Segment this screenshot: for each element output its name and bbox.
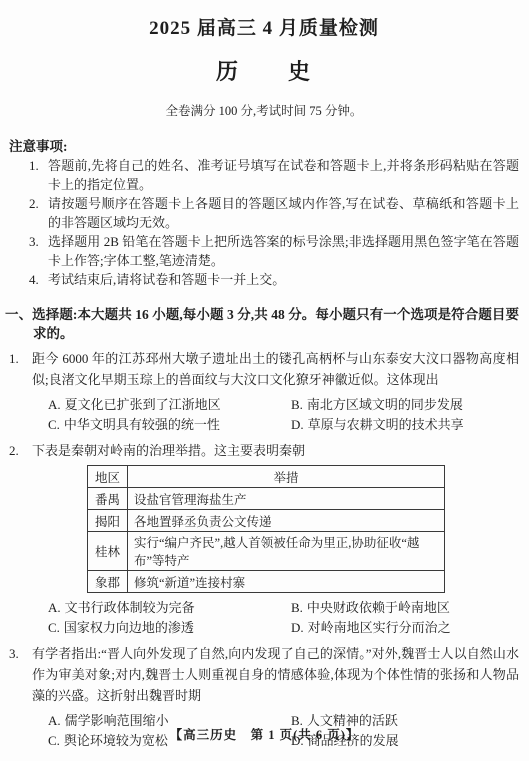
table-row: 揭阳 各地置驿丞负责公文传递 bbox=[88, 510, 445, 532]
table-cell-region: 象郡 bbox=[88, 571, 128, 593]
table-cell-region: 番禺 bbox=[88, 488, 128, 510]
notice-item-1: 1. 答题前,先将自己的姓名、准考证号填写在试卷和答题卡上,并将条形码粘贴在答题… bbox=[9, 156, 519, 194]
option-a: A.文书行政体制较为完备 bbox=[48, 598, 291, 618]
table-cell-measure: 设盐官管理海盐生产 bbox=[128, 488, 445, 510]
option-text: 南北方区域文明的同步发展 bbox=[307, 397, 463, 412]
option-a: A.夏文化已扩张到了江浙地区 bbox=[48, 395, 291, 415]
notice-item-text: 答题前,先将自己的姓名、准考证号填写在试卷和答题卡上,并将条形码粘贴在答题卡上的… bbox=[48, 156, 519, 194]
option-label: B. bbox=[291, 397, 303, 412]
question-number: 1. bbox=[9, 348, 32, 390]
option-label: D. bbox=[291, 417, 304, 432]
table-cell-measure: 修筑“新道”连接村寨 bbox=[128, 571, 445, 593]
table-row: 象郡 修筑“新道”连接村寨 bbox=[88, 571, 445, 593]
question-options: A.夏文化已扩张到了江浙地区 B.南北方区域文明的同步发展 C.中华文明具有较强… bbox=[48, 395, 519, 435]
exam-paper-page: 2025 届高三 4 月质量检测 历 史 全卷满分 100 分,考试时间 75 … bbox=[0, 0, 529, 761]
option-b: B.中央财政依赖于岭南地区 bbox=[291, 598, 519, 618]
notice-item-2: 2. 请按题号顺序在答题卡上各题目的答题区域内作答,写在试卷、草稿纸和答题卡上的… bbox=[9, 194, 519, 232]
option-label: D. bbox=[291, 620, 304, 635]
option-b: B.南北方区域文明的同步发展 bbox=[291, 395, 519, 415]
question-number: 2. bbox=[9, 440, 32, 461]
table-header-row: 地区 举措 bbox=[88, 466, 445, 488]
page-footer: 【高三历史 第 1 页(共 6 页)】 bbox=[0, 725, 529, 743]
option-text: 中央财政依赖于岭南地区 bbox=[307, 600, 450, 615]
table-cell-region: 桂林 bbox=[88, 532, 128, 571]
question-options: A.文书行政体制较为完备 B.中央财政依赖于岭南地区 C.国家权力向边地的渗透 … bbox=[48, 598, 519, 638]
table-row: 番禺 设盐官管理海盐生产 bbox=[88, 488, 445, 510]
measures-table: 地区 举措 番禺 设盐官管理海盐生产 揭阳 各地置驿丞负责公文传递 桂林 实行“… bbox=[87, 465, 445, 593]
option-text: 国家权力向边地的渗透 bbox=[64, 620, 194, 635]
notice-item-number: 2. bbox=[29, 194, 48, 232]
option-text: 中华文明具有较强的统一性 bbox=[64, 417, 220, 432]
table-row: 桂林 实行“编户齐民”,越人首领被任命为里正,协助征收“越布”等特产 bbox=[88, 532, 445, 571]
question-1: 1. 距今 6000 年的江苏邳州大墩子遗址出土的镂孔高柄杯与山东泰安大汶口器物… bbox=[9, 348, 519, 435]
option-c: C.国家权力向边地的渗透 bbox=[48, 618, 291, 638]
question-stem: 1. 距今 6000 年的江苏邳州大墩子遗址出土的镂孔高柄杯与山东泰安大汶口器物… bbox=[9, 348, 519, 390]
option-label: C. bbox=[48, 417, 60, 432]
exam-subject: 历 史 bbox=[9, 55, 519, 86]
table-header-region: 地区 bbox=[88, 466, 128, 488]
table-cell-region: 揭阳 bbox=[88, 510, 128, 532]
table-header-measure: 举措 bbox=[128, 466, 445, 488]
question-stem-text: 下表是秦朝对岭南的治理举措。这主要表明秦朝 bbox=[32, 440, 519, 461]
notice-item-3: 3. 选择题用 2B 铅笔在答题卡上把所选答案的标号涂黑;非选择题用黑色签字笔在… bbox=[9, 232, 519, 270]
question-stem: 2. 下表是秦朝对岭南的治理举措。这主要表明秦朝 bbox=[9, 440, 519, 461]
option-label: A. bbox=[48, 397, 61, 412]
option-text: 对岭南地区实行分而治之 bbox=[308, 620, 451, 635]
option-text: 夏文化已扩张到了江浙地区 bbox=[65, 397, 221, 412]
question-stem-text: 有学者指出:“晋人向外发现了自然,向内发现了自己的深情。”对外,魏晋士人以自然山… bbox=[32, 643, 519, 706]
notice-item-text: 请按题号顺序在答题卡上各题目的答题区域内作答,写在试卷、草稿纸和答题卡上的非答题… bbox=[48, 194, 519, 232]
option-c: C.中华文明具有较强的统一性 bbox=[48, 415, 291, 435]
notice-item-number: 1. bbox=[29, 156, 48, 194]
notice-item-number: 4. bbox=[29, 270, 48, 289]
table-cell-measure: 各地置驿丞负责公文传递 bbox=[128, 510, 445, 532]
notice-item-text: 考试结束后,请将试卷和答题卡一并上交。 bbox=[48, 270, 519, 289]
question-stem: 3. 有学者指出:“晋人向外发现了自然,向内发现了自己的深情。”对外,魏晋士人以… bbox=[9, 643, 519, 706]
option-text: 文书行政体制较为完备 bbox=[65, 600, 195, 615]
option-text: 草原与农耕文明的技术共享 bbox=[308, 417, 464, 432]
question-stem-text: 距今 6000 年的江苏邳州大墩子遗址出土的镂孔高柄杯与山东泰安大汶口器物高度相… bbox=[32, 348, 519, 390]
question-2: 2. 下表是秦朝对岭南的治理举措。这主要表明秦朝 地区 举措 番禺 设盐官管理海… bbox=[9, 440, 519, 638]
notice-item-number: 3. bbox=[29, 232, 48, 270]
notice-heading: 注意事项: bbox=[9, 137, 519, 156]
section-heading-multiple-choice: 一、选择题:本大题共 16 小题,每小题 3 分,共 48 分。每小题只有一个选… bbox=[9, 305, 519, 343]
option-label: B. bbox=[291, 600, 303, 615]
notice-item-text: 选择题用 2B 铅笔在答题卡上把所选答案的标号涂黑;非选择题用黑色签字笔在答题卡… bbox=[48, 232, 519, 270]
option-d: D.草原与农耕文明的技术共享 bbox=[291, 415, 519, 435]
table-cell-measure: 实行“编户齐民”,越人首领被任命为里正,协助征收“越布”等特产 bbox=[128, 532, 445, 571]
option-label: A. bbox=[48, 600, 61, 615]
option-d: D.对岭南地区实行分而治之 bbox=[291, 618, 519, 638]
question-number: 3. bbox=[9, 643, 32, 706]
exam-info-line: 全卷满分 100 分,考试时间 75 分钟。 bbox=[9, 101, 519, 119]
notice-item-4: 4. 考试结束后,请将试卷和答题卡一并上交。 bbox=[9, 270, 519, 289]
exam-title: 2025 届高三 4 月质量检测 bbox=[9, 13, 519, 40]
option-label: C. bbox=[48, 620, 60, 635]
